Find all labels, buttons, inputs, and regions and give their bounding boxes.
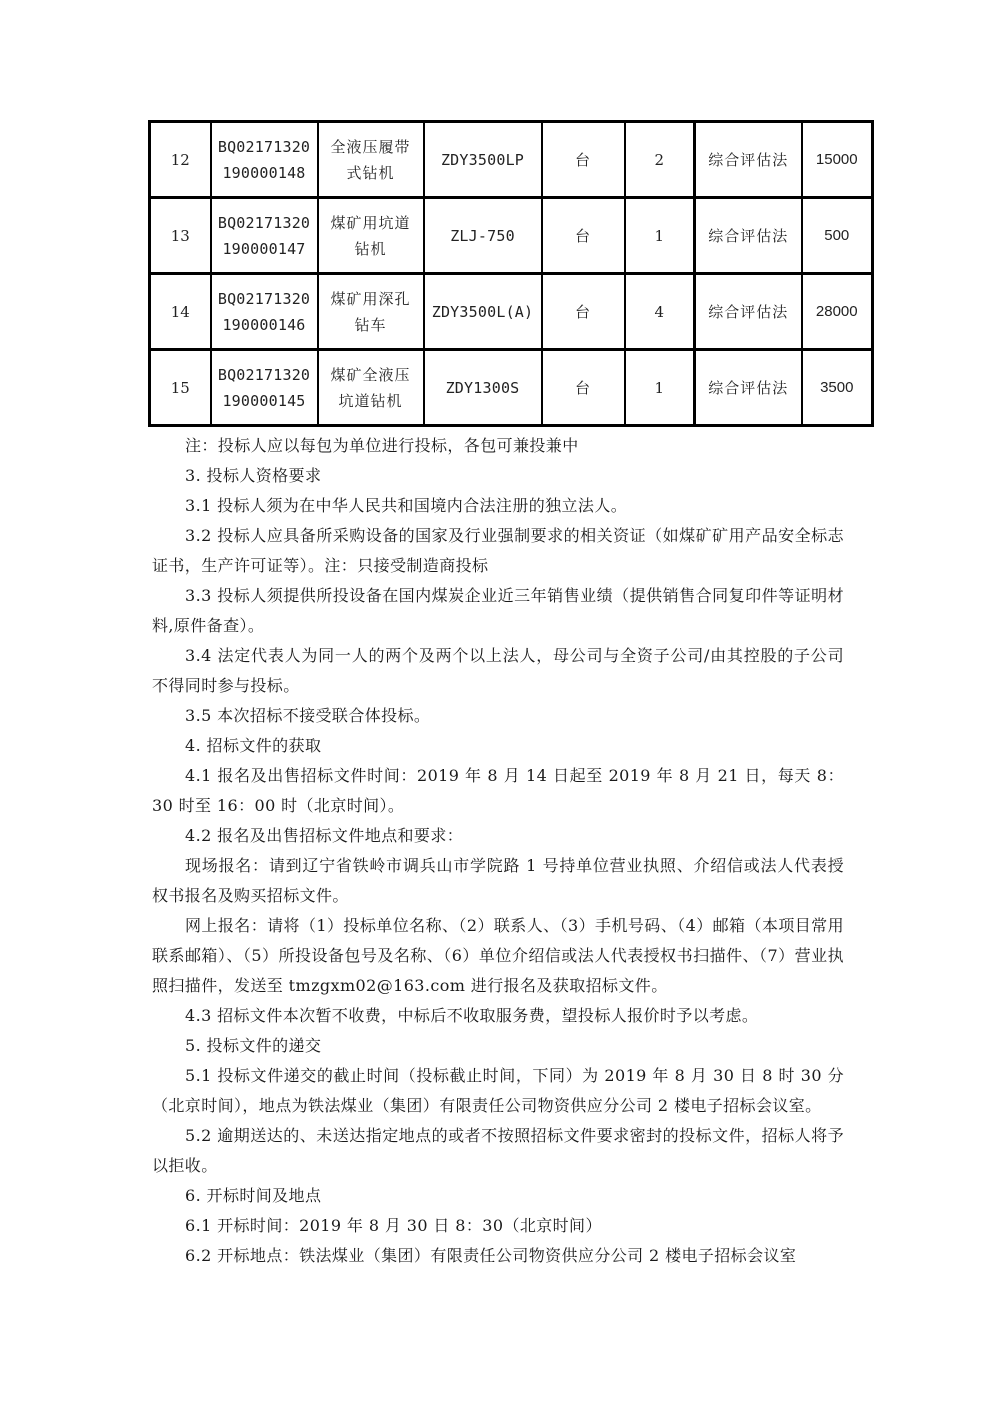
equipment-name-line2: 钻车 <box>319 312 423 338</box>
equipment-name-line1: 煤矿全液压 <box>319 362 423 388</box>
table-row: 13 BQ02171320 190000147 煤矿用坑道 钻机 ZLJ-750… <box>150 198 873 274</box>
clause-3-1: 3.1 投标人须为在中华人民共和国境内合法注册的独立法人。 <box>152 491 844 521</box>
cell-seq: 12 <box>150 122 211 198</box>
cell-package-code: BQ02171320 190000147 <box>211 198 318 274</box>
package-code-line1: BQ02171320 <box>212 134 317 160</box>
cell-package-code: BQ02171320 190000145 <box>211 350 318 426</box>
bid-package-table: 12 BQ02171320 190000148 全液压履带 式钻机 ZDY350… <box>148 120 874 427</box>
cell-budget: 500 <box>802 198 873 274</box>
cell-equipment-name: 煤矿全液压 坑道钻机 <box>318 350 424 426</box>
cell-seq: 13 <box>150 198 211 274</box>
package-code-line2: 190000147 <box>212 236 317 262</box>
clause-3-5: 3.5 本次招标不接受联合体投标。 <box>152 701 844 731</box>
onsite-registration: 现场报名：请到辽宁省铁岭市调兵山市学院路 1 号持单位营业执照、介绍信或法人代表… <box>152 851 844 911</box>
cell-quantity: 2 <box>625 122 695 198</box>
clause-4-2: 4.2 报名及出售招标文件地点和要求： <box>152 821 844 851</box>
cell-model: ZDY3500L(A) <box>424 274 542 350</box>
package-code-line1: BQ02171320 <box>212 286 317 312</box>
equipment-name-line1: 全液压履带 <box>319 134 423 160</box>
document-body: 注：投标人应以每包为单位进行投标，各包可兼投兼中 3. 投标人资格要求 3.1 … <box>152 431 844 1271</box>
package-code-line1: BQ02171320 <box>212 362 317 388</box>
cell-evaluation-method: 综合评估法 <box>695 198 802 274</box>
clause-3-2: 3.2 投标人应具备所采购设备的国家及行业强制要求的相关资证（如煤矿矿用产品安全… <box>152 521 844 581</box>
cell-quantity: 1 <box>625 198 695 274</box>
equipment-name-line1: 煤矿用深孔 <box>319 286 423 312</box>
clause-3-3: 3.3 投标人须提供所投设备在国内煤炭企业近三年销售业绩（提供销售合同复印件等证… <box>152 581 844 641</box>
cell-unit: 台 <box>542 122 625 198</box>
cell-evaluation-method: 综合评估法 <box>695 350 802 426</box>
cell-model: ZDY1300S <box>424 350 542 426</box>
cell-seq: 14 <box>150 274 211 350</box>
cell-seq: 15 <box>150 350 211 426</box>
clause-5-1: 5.1 投标文件递交的截止时间（投标截止时间，下同）为 2019 年 8 月 3… <box>152 1061 844 1121</box>
clause-4-1: 4.1 报名及出售招标文件时间：2019 年 8 月 14 日起至 2019 年… <box>152 761 844 821</box>
clause-5-2: 5.2 逾期送达的、未送达指定地点的或者不按照招标文件要求密封的投标文件，招标人… <box>152 1121 844 1181</box>
equipment-name-line2: 坑道钻机 <box>319 388 423 414</box>
cell-quantity: 1 <box>625 350 695 426</box>
document-page: 12 BQ02171320 190000148 全液压履带 式钻机 ZDY350… <box>0 0 992 1403</box>
cell-quantity: 4 <box>625 274 695 350</box>
clause-4-3: 4.3 招标文件本次暂不收费，中标后不收取服务费，望投标人报价时予以考虑。 <box>152 1001 844 1031</box>
equipment-name-line1: 煤矿用坑道 <box>319 210 423 236</box>
section-heading-opening: 6. 开标时间及地点 <box>152 1181 844 1211</box>
equipment-name-line2: 钻机 <box>319 236 423 262</box>
cell-budget: 15000 <box>802 122 873 198</box>
package-code-line2: 190000148 <box>212 160 317 186</box>
online-registration: 网上报名：请将（1）投标单位名称、（2）联系人、（3）手机号码、（4）邮箱（本项… <box>152 911 844 1001</box>
package-code-line2: 190000146 <box>212 312 317 338</box>
clause-3-4: 3.4 法定代表人为同一人的两个及两个以上法人，母公司与全资子公司/由其控股的子… <box>152 641 844 701</box>
package-code-line1: BQ02171320 <box>212 210 317 236</box>
section-heading-obtain-documents: 4. 招标文件的获取 <box>152 731 844 761</box>
cell-equipment-name: 煤矿用深孔 钻车 <box>318 274 424 350</box>
clause-6-2: 6.2 开标地点：铁法煤业（集团）有限责任公司物资供应分公司 2 楼电子招标会议… <box>152 1241 844 1271</box>
note-paragraph: 注：投标人应以每包为单位进行投标，各包可兼投兼中 <box>152 431 844 461</box>
cell-evaluation-method: 综合评估法 <box>695 274 802 350</box>
cell-unit: 台 <box>542 350 625 426</box>
cell-package-code: BQ02171320 190000148 <box>211 122 318 198</box>
table-row: 14 BQ02171320 190000146 煤矿用深孔 钻车 ZDY3500… <box>150 274 873 350</box>
section-heading-qualification: 3. 投标人资格要求 <box>152 461 844 491</box>
cell-budget: 3500 <box>802 350 873 426</box>
package-code-line2: 190000145 <box>212 388 317 414</box>
cell-equipment-name: 煤矿用坑道 钻机 <box>318 198 424 274</box>
cell-unit: 台 <box>542 198 625 274</box>
cell-package-code: BQ02171320 190000146 <box>211 274 318 350</box>
table-row: 15 BQ02171320 190000145 煤矿全液压 坑道钻机 ZDY13… <box>150 350 873 426</box>
table-row: 12 BQ02171320 190000148 全液压履带 式钻机 ZDY350… <box>150 122 873 198</box>
cell-model: ZLJ-750 <box>424 198 542 274</box>
cell-evaluation-method: 综合评估法 <box>695 122 802 198</box>
section-heading-submission: 5. 投标文件的递交 <box>152 1031 844 1061</box>
clause-6-1: 6.1 开标时间：2019 年 8 月 30 日 8：30（北京时间） <box>152 1211 844 1241</box>
cell-budget: 28000 <box>802 274 873 350</box>
cell-equipment-name: 全液压履带 式钻机 <box>318 122 424 198</box>
equipment-name-line2: 式钻机 <box>319 160 423 186</box>
cell-unit: 台 <box>542 274 625 350</box>
cell-model: ZDY3500LP <box>424 122 542 198</box>
